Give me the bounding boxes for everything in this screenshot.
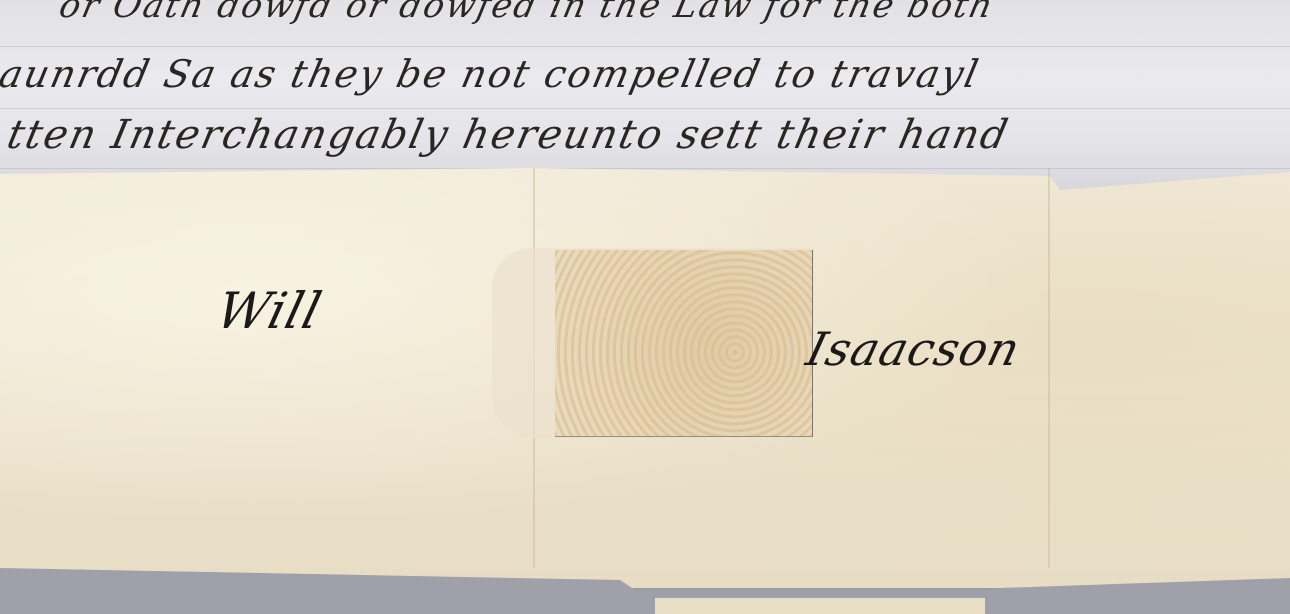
- fold-crease: [1048, 168, 1050, 568]
- handwritten-line-3: tten Interchangably hereunto sett their …: [3, 112, 1013, 158]
- signature-right: Isaacson: [801, 322, 1026, 376]
- signature-left: Will: [211, 282, 328, 340]
- handwritten-line-2: aunrdd Sa as they be not compelled to tr…: [0, 52, 984, 96]
- ruled-line: [0, 108, 1290, 109]
- seal-patch: [555, 250, 813, 437]
- tab-strip: [655, 598, 985, 614]
- ruled-line: [0, 46, 1290, 47]
- ruled-line: [0, 168, 1290, 169]
- handwritten-line-1: or Oath dowfd or dowfed in the Law for t…: [56, 0, 998, 26]
